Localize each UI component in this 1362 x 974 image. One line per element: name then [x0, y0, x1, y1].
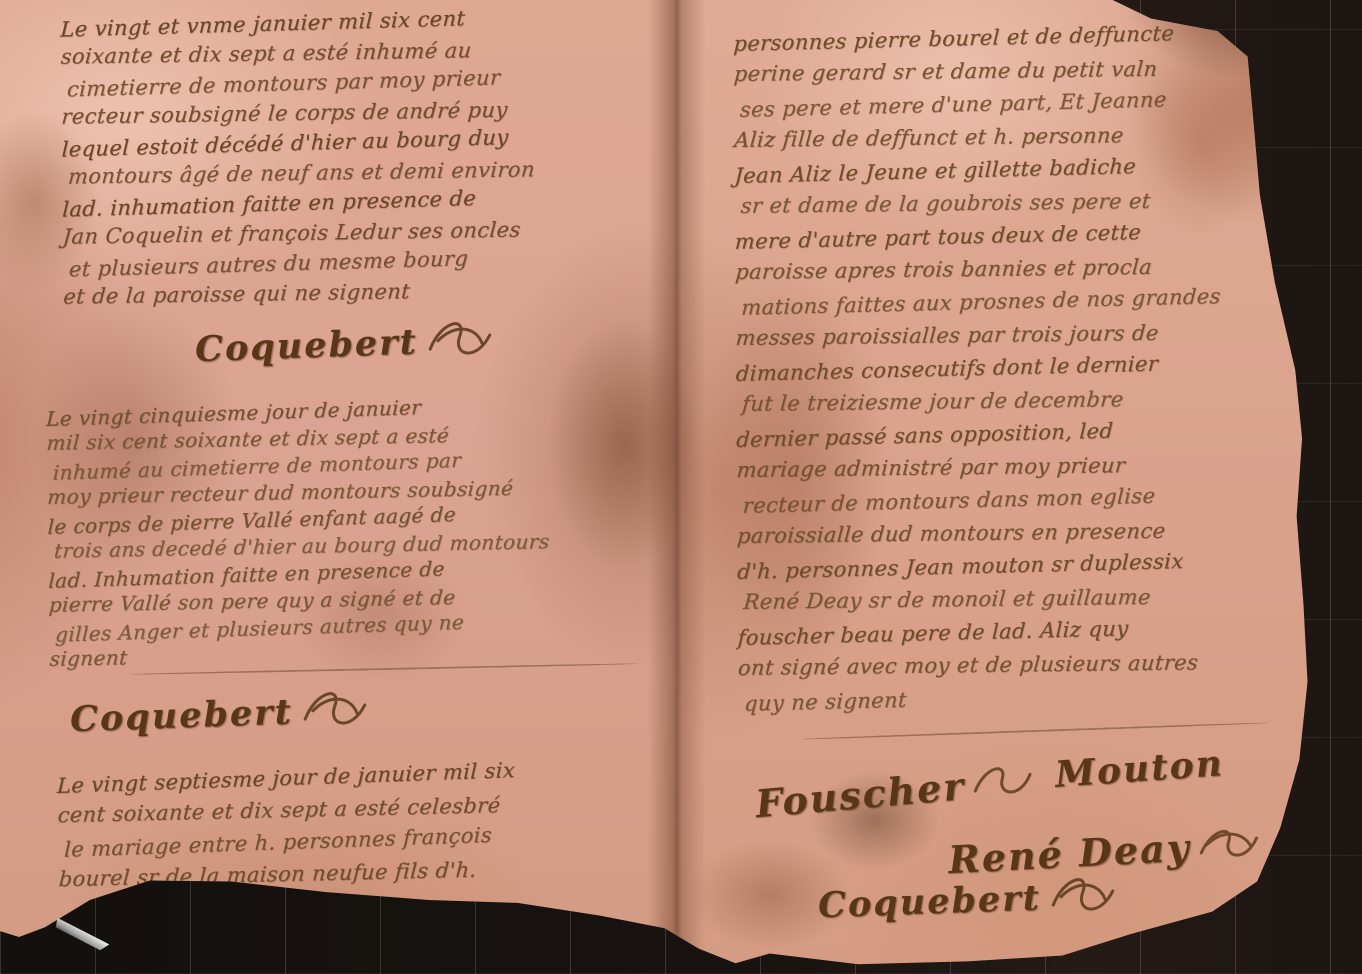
signature-text: Coquebert: [194, 321, 418, 370]
signature-paraph-icon: [1046, 869, 1122, 924]
burial-entry-2: Le vingt cinquiesme jour de januier mil …: [46, 395, 551, 672]
signature-coquebert: Coquebert: [69, 683, 373, 746]
signature-text: Coquebert: [69, 691, 293, 740]
burial-entry-1: Le vingt et vnme januier mil six cent so…: [60, 6, 536, 311]
signature-paraph-icon: [423, 313, 499, 368]
marriage-entry-start: Le vingt septiesme jour de januier mil s…: [57, 758, 517, 894]
manuscript-photo: Le vingt et vnme januier mil six cent so…: [0, 0, 1362, 974]
signature-text: Coquebert: [817, 877, 1041, 926]
signature-paraph-icon: [1195, 820, 1263, 869]
signature-paraph-icon: [969, 756, 1039, 808]
manuscript-line: et de la paroisse qui ne signent: [62, 274, 537, 311]
metal-clip: [53, 914, 110, 957]
page-number: 43: [1234, 7, 1287, 45]
marriage-entry-continued: personnes pierre bourel et de deffuncte …: [734, 20, 1224, 716]
book-gutter-fold: [648, 0, 706, 974]
signature-coquebert: Coquebert: [817, 869, 1121, 932]
open-book: Le vingt et vnme januier mil six cent so…: [0, 0, 1362, 974]
signature-coquebert: Coquebert: [194, 313, 498, 376]
signature-paraph-icon: [298, 683, 374, 738]
